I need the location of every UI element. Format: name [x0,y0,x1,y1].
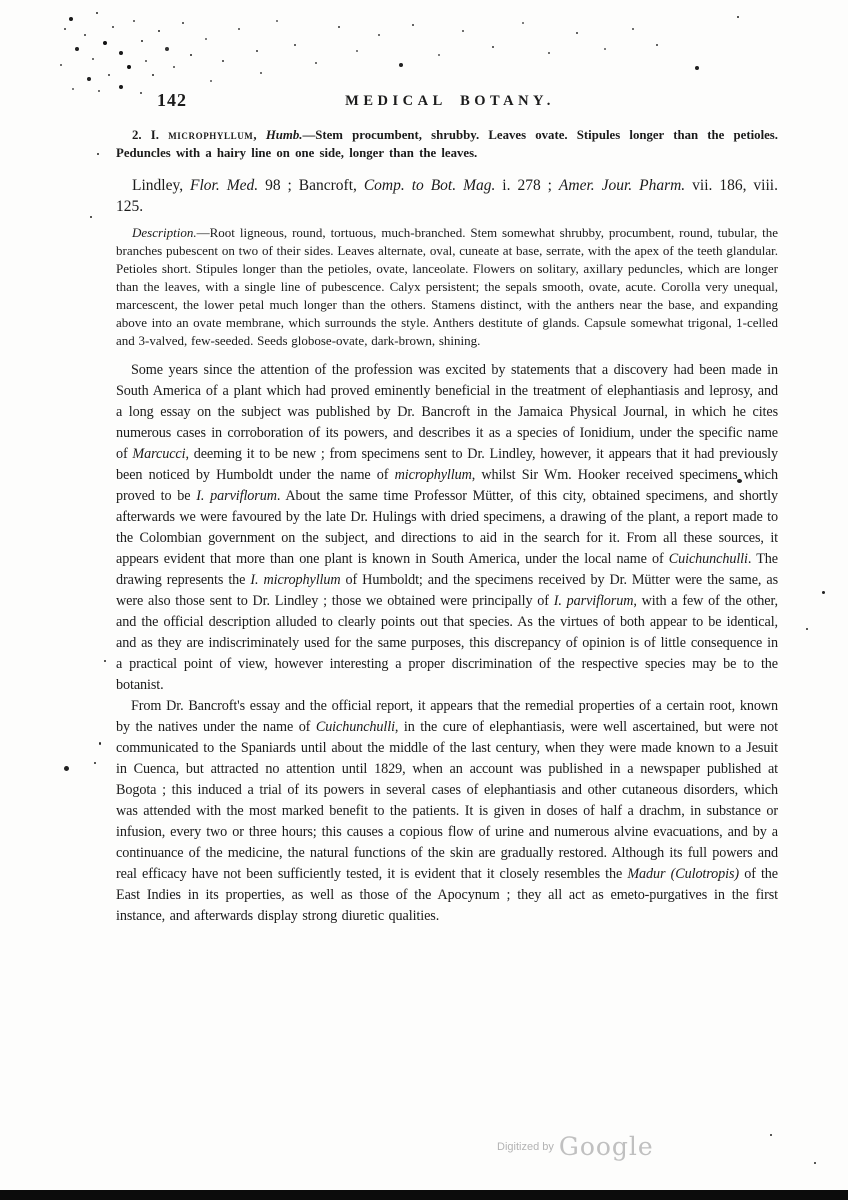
ink-speck [97,153,99,155]
digitized-by-label: Digitized by [497,1141,554,1153]
ink-speck [94,762,96,764]
ink-speck [737,16,739,18]
google-logo: Google [559,1134,654,1159]
body-paragraph-1: Some years since the attention of the pr… [116,360,778,696]
description-paragraph: Description.—Root ligneous, round, tortu… [116,224,778,350]
page-text-column: 2. I. microphyllum, Humb.—Stem procumben… [116,127,778,927]
citation-paragraph: Lindley, Flor. Med. 98 ; Bancroft, Comp.… [116,175,778,217]
ink-speck [99,742,101,745]
book-page-scan: 142 MEDICAL BOTANY. 2. I. microphyllum, … [0,0,848,1200]
ink-speck [399,63,403,67]
google-watermark: Digitized by Google [497,1134,654,1159]
ink-speck [695,66,699,70]
body-paragraph-2: From Dr. Bancroft's essay and the offici… [116,696,778,927]
running-header: MEDICAL BOTANY. [110,93,790,110]
scan-edge-bar [0,1190,848,1200]
ink-speck [104,660,106,662]
ink-speck [90,216,92,218]
ink-speck [814,1162,816,1164]
ink-speck [64,766,69,771]
ink-speck [806,628,808,630]
ink-speck [770,1134,772,1136]
ink-speck [822,591,825,594]
species-heading-paragraph: 2. I. microphyllum, Humb.—Stem procumben… [116,127,778,162]
scan-noise-speckles [0,0,2,2]
ink-speck [737,479,742,483]
